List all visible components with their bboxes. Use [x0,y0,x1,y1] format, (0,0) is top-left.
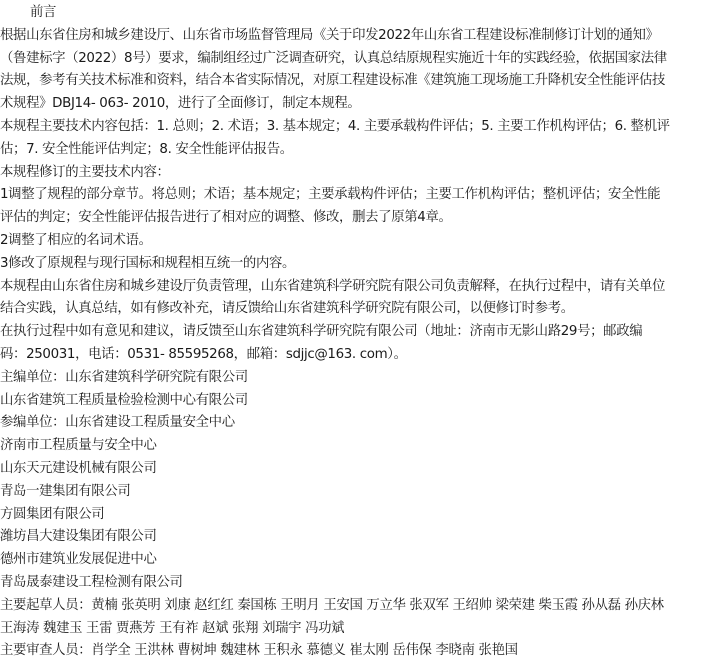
text-line: 1调整了规程的部分章节。将总则；术语；基本规定；主要承载构件评估；主要工作机构评… [0,184,718,207]
reviewers-list: 主要审查人员：肖学全 王洪林 曹树坤 魏建林 王积永 慕德义 崔太刚 岳伟保 李… [0,640,718,663]
text-line: 本规程主要技术内容包括：1. 总则；2. 术语；3. 基本规定；4. 主要承载构… [0,116,718,139]
chief-editor-line: 主编单位：山东省建筑科学研究院有限公司 [0,367,718,390]
paragraph-revision-item-2: 2调整了相应的名词术语。 [0,230,718,253]
drafters-line: 王海涛 魏建玉 王雷 贾燕芳 王有祚 赵斌 张翔 刘瑞宇 冯功斌 [0,618,718,641]
text-line: 本规程由山东省住房和城乡建设厅负责管理，山东省建筑科学研究院有限公司负责解释，在… [0,276,718,299]
drafters-list: 主要起草人员：黄楠 张英明 刘康 赵红红 秦国栋 王明月 王安国 万立华 张双军… [0,595,718,641]
text-line: 结合实践，认真总结，如有修改补充，请反馈给山东省建筑科学研究院有限公司，以便修订… [0,298,718,321]
participating-label: 参编单位：山东省建设工程质量安全中心 [0,412,718,435]
paragraph-revision-heading: 本规程修订的主要技术内容： [0,162,718,185]
participating-units: 参编单位：山东省建设工程质量安全中心 济南市工程质量与安全中心 山东天元建设机械… [0,412,718,594]
text-line: 评估的判定；安全性能评估报告进行了相对应的调整、修改，删去了原第4章。 [0,207,718,230]
participating-unit: 方圆集团有限公司 [0,504,718,527]
paragraph-revision-item-3: 3修改了原规程与现行国标和规程相互统一的内容。 [0,253,718,276]
text-line: 根据山东省住房和城乡建设厅、山东省市场监督管理局《关于印发2022年山东省工程建… [0,25,718,48]
text-line: 估；7. 安全性能评估判定；8. 安全性能评估报告。 [0,139,718,162]
participating-unit: 山东天元建设机械有限公司 [0,458,718,481]
paragraph-basis: 根据山东省住房和城乡建设厅、山东省市场监督管理局《关于印发2022年山东省工程建… [0,25,718,116]
text-line: 在执行过程中如有意见和建议，请反馈至山东省建筑科学研究院有限公司（地址：济南市无… [0,321,718,344]
text-line: 码：250031，电话：0531- 85595268，邮箱：sdjjc@163.… [0,344,718,367]
document-page: 前言 根据山东省住房和城乡建设厅、山东省市场监督管理局《关于印发2022年山东省… [0,0,718,663]
paragraph-main-contents: 本规程主要技术内容包括：1. 总则；2. 术语；3. 基本规定；4. 主要承载构… [0,116,718,162]
participating-unit: 德州市建筑业发展促进中心 [0,549,718,572]
reviewers-line: 主要审查人员：肖学全 王洪林 曹树坤 魏建林 王积永 慕德义 崔太刚 岳伟保 李… [0,640,718,663]
drafters-line: 主要起草人员：黄楠 张英明 刘康 赵红红 秦国栋 王明月 王安国 万立华 张双军… [0,595,718,618]
text-line: 术规程》DBJ14- 063- 2010，进行了全面修订，制定本规程。 [0,93,718,116]
paragraph-revision-item-1: 1调整了规程的部分章节。将总则；术语；基本规定；主要承载构件评估；主要工作机构评… [0,184,718,230]
paragraph-feedback-contact: 在执行过程中如有意见和建议，请反馈至山东省建筑科学研究院有限公司（地址：济南市无… [0,321,718,367]
paragraph-management: 本规程由山东省住房和城乡建设厅负责管理，山东省建筑科学研究院有限公司负责解释，在… [0,276,718,322]
chief-editor-units: 主编单位：山东省建筑科学研究院有限公司 山东省建筑工程质量检验检测中心有限公司 [0,367,718,413]
participating-unit: 青岛晟泰建设工程检测有限公司 [0,572,718,595]
participating-unit: 济南市工程质量与安全中心 [0,435,718,458]
text-line: （鲁建标字（2022）8号）要求，编制组经过广泛调查研究，认真总结原规程实施近十… [0,48,718,71]
participating-unit: 潍坊昌大建设集团有限公司 [0,526,718,549]
chief-editor-line: 山东省建筑工程质量检验检测中心有限公司 [0,390,718,413]
text-line: 本规程修订的主要技术内容： [0,162,718,185]
document-title: 前言 [0,2,718,25]
participating-unit: 青岛一建集团有限公司 [0,481,718,504]
text-line: 2调整了相应的名词术语。 [0,230,718,253]
text-line: 法规，参考有关技术标准和资料，结合本省实际情况，对原工程建设标准《建筑施工现场施… [0,70,718,93]
text-line: 3修改了原规程与现行国标和规程相互统一的内容。 [0,253,718,276]
